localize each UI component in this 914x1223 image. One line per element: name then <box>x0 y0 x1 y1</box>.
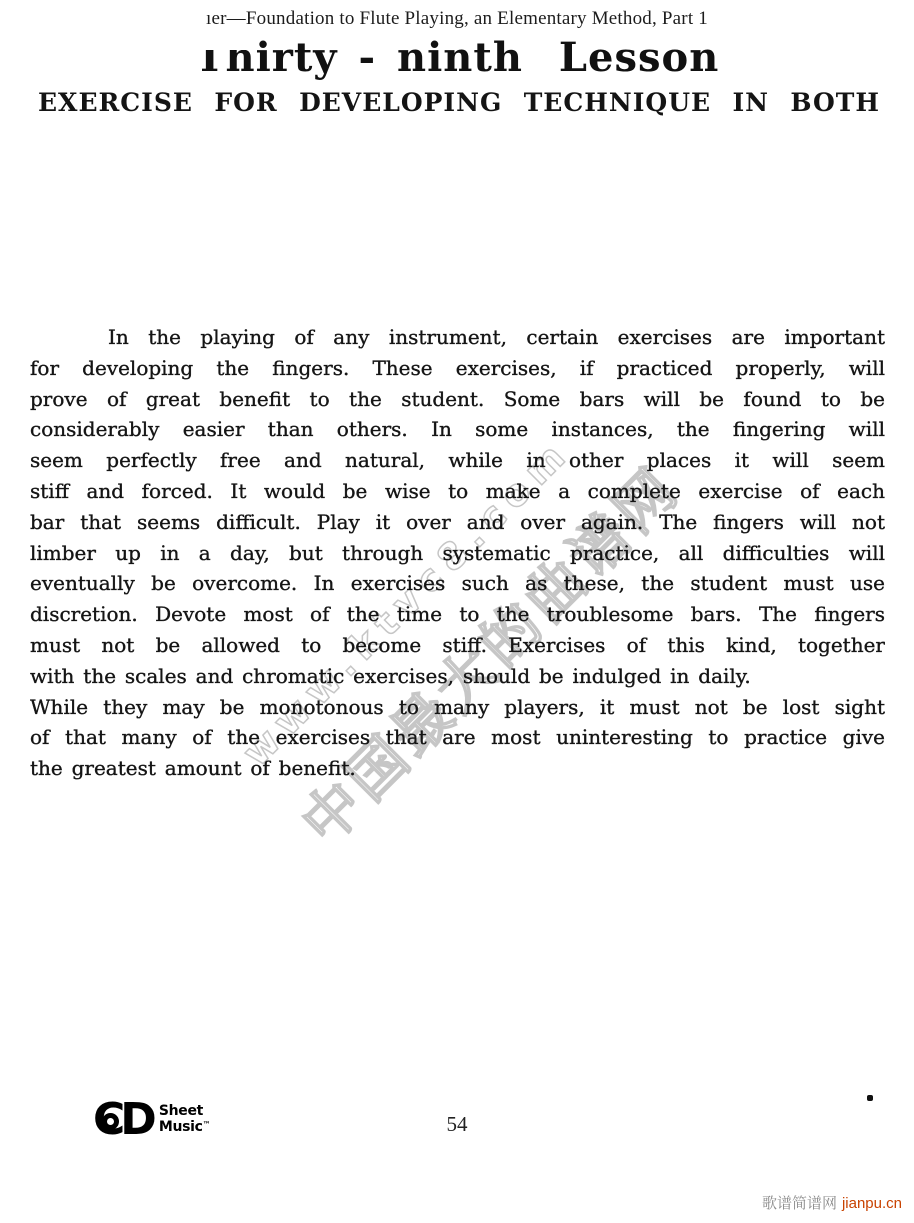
lesson-title-clipped-part: Th <box>195 34 256 81</box>
lesson-subtitle: EXERCISE FOR DEVELOPING TECHNIQUE IN BOT… <box>38 88 880 120</box>
ink-dot-artifact <box>867 1095 873 1101</box>
site-credit: 歌谱简谱网jianpu.cn <box>762 1192 902 1213</box>
lesson-title-word2: Lesson <box>559 34 719 81</box>
document-page: ıer—Foundation to Flute Playing, an Elem… <box>0 0 914 1223</box>
body-line: In the playing of any instrument, certai… <box>30 322 885 353</box>
body-line: eventually be overcome. In exercises suc… <box>30 568 885 599</box>
body-line: stiff and forced. It would be wise to ma… <box>30 476 885 507</box>
body-line: limber up in a day, but through systemat… <box>30 538 885 569</box>
body-line: considerably easier than others. In some… <box>30 414 885 445</box>
body-line: discretion. Devote most of the time to t… <box>30 599 885 630</box>
site-credit-name: 歌谱简谱网 <box>762 1195 837 1212</box>
body-line: While they may be monotonous to many pla… <box>30 692 885 723</box>
body-line: of that many of the exercises that are m… <box>30 722 885 753</box>
lesson-title-rest: irty - ninth <box>256 34 523 81</box>
site-credit-url: jianpu.cn <box>842 1195 902 1212</box>
body-line: must not be allowed to become stiff. Exe… <box>30 630 885 661</box>
running-header: ıer—Foundation to Flute Playing, an Elem… <box>0 8 914 30</box>
body-line: seem perfectly free and natural, while i… <box>30 445 885 476</box>
body-line: for developing the fingers. These exerci… <box>30 353 885 384</box>
page-number: 54 <box>0 1112 914 1137</box>
body-line: with the scales and chromatic exercises,… <box>30 661 885 692</box>
body-line: bar that seems difficult. Play it over a… <box>30 507 885 538</box>
lesson-title: Thirty - ninthLesson <box>0 34 914 81</box>
body-line: the greatest amount of benefit. <box>30 753 885 784</box>
body-line: prove of great benefit to the student. S… <box>30 384 885 415</box>
body-paragraph: In the playing of any instrument, certai… <box>30 322 885 784</box>
